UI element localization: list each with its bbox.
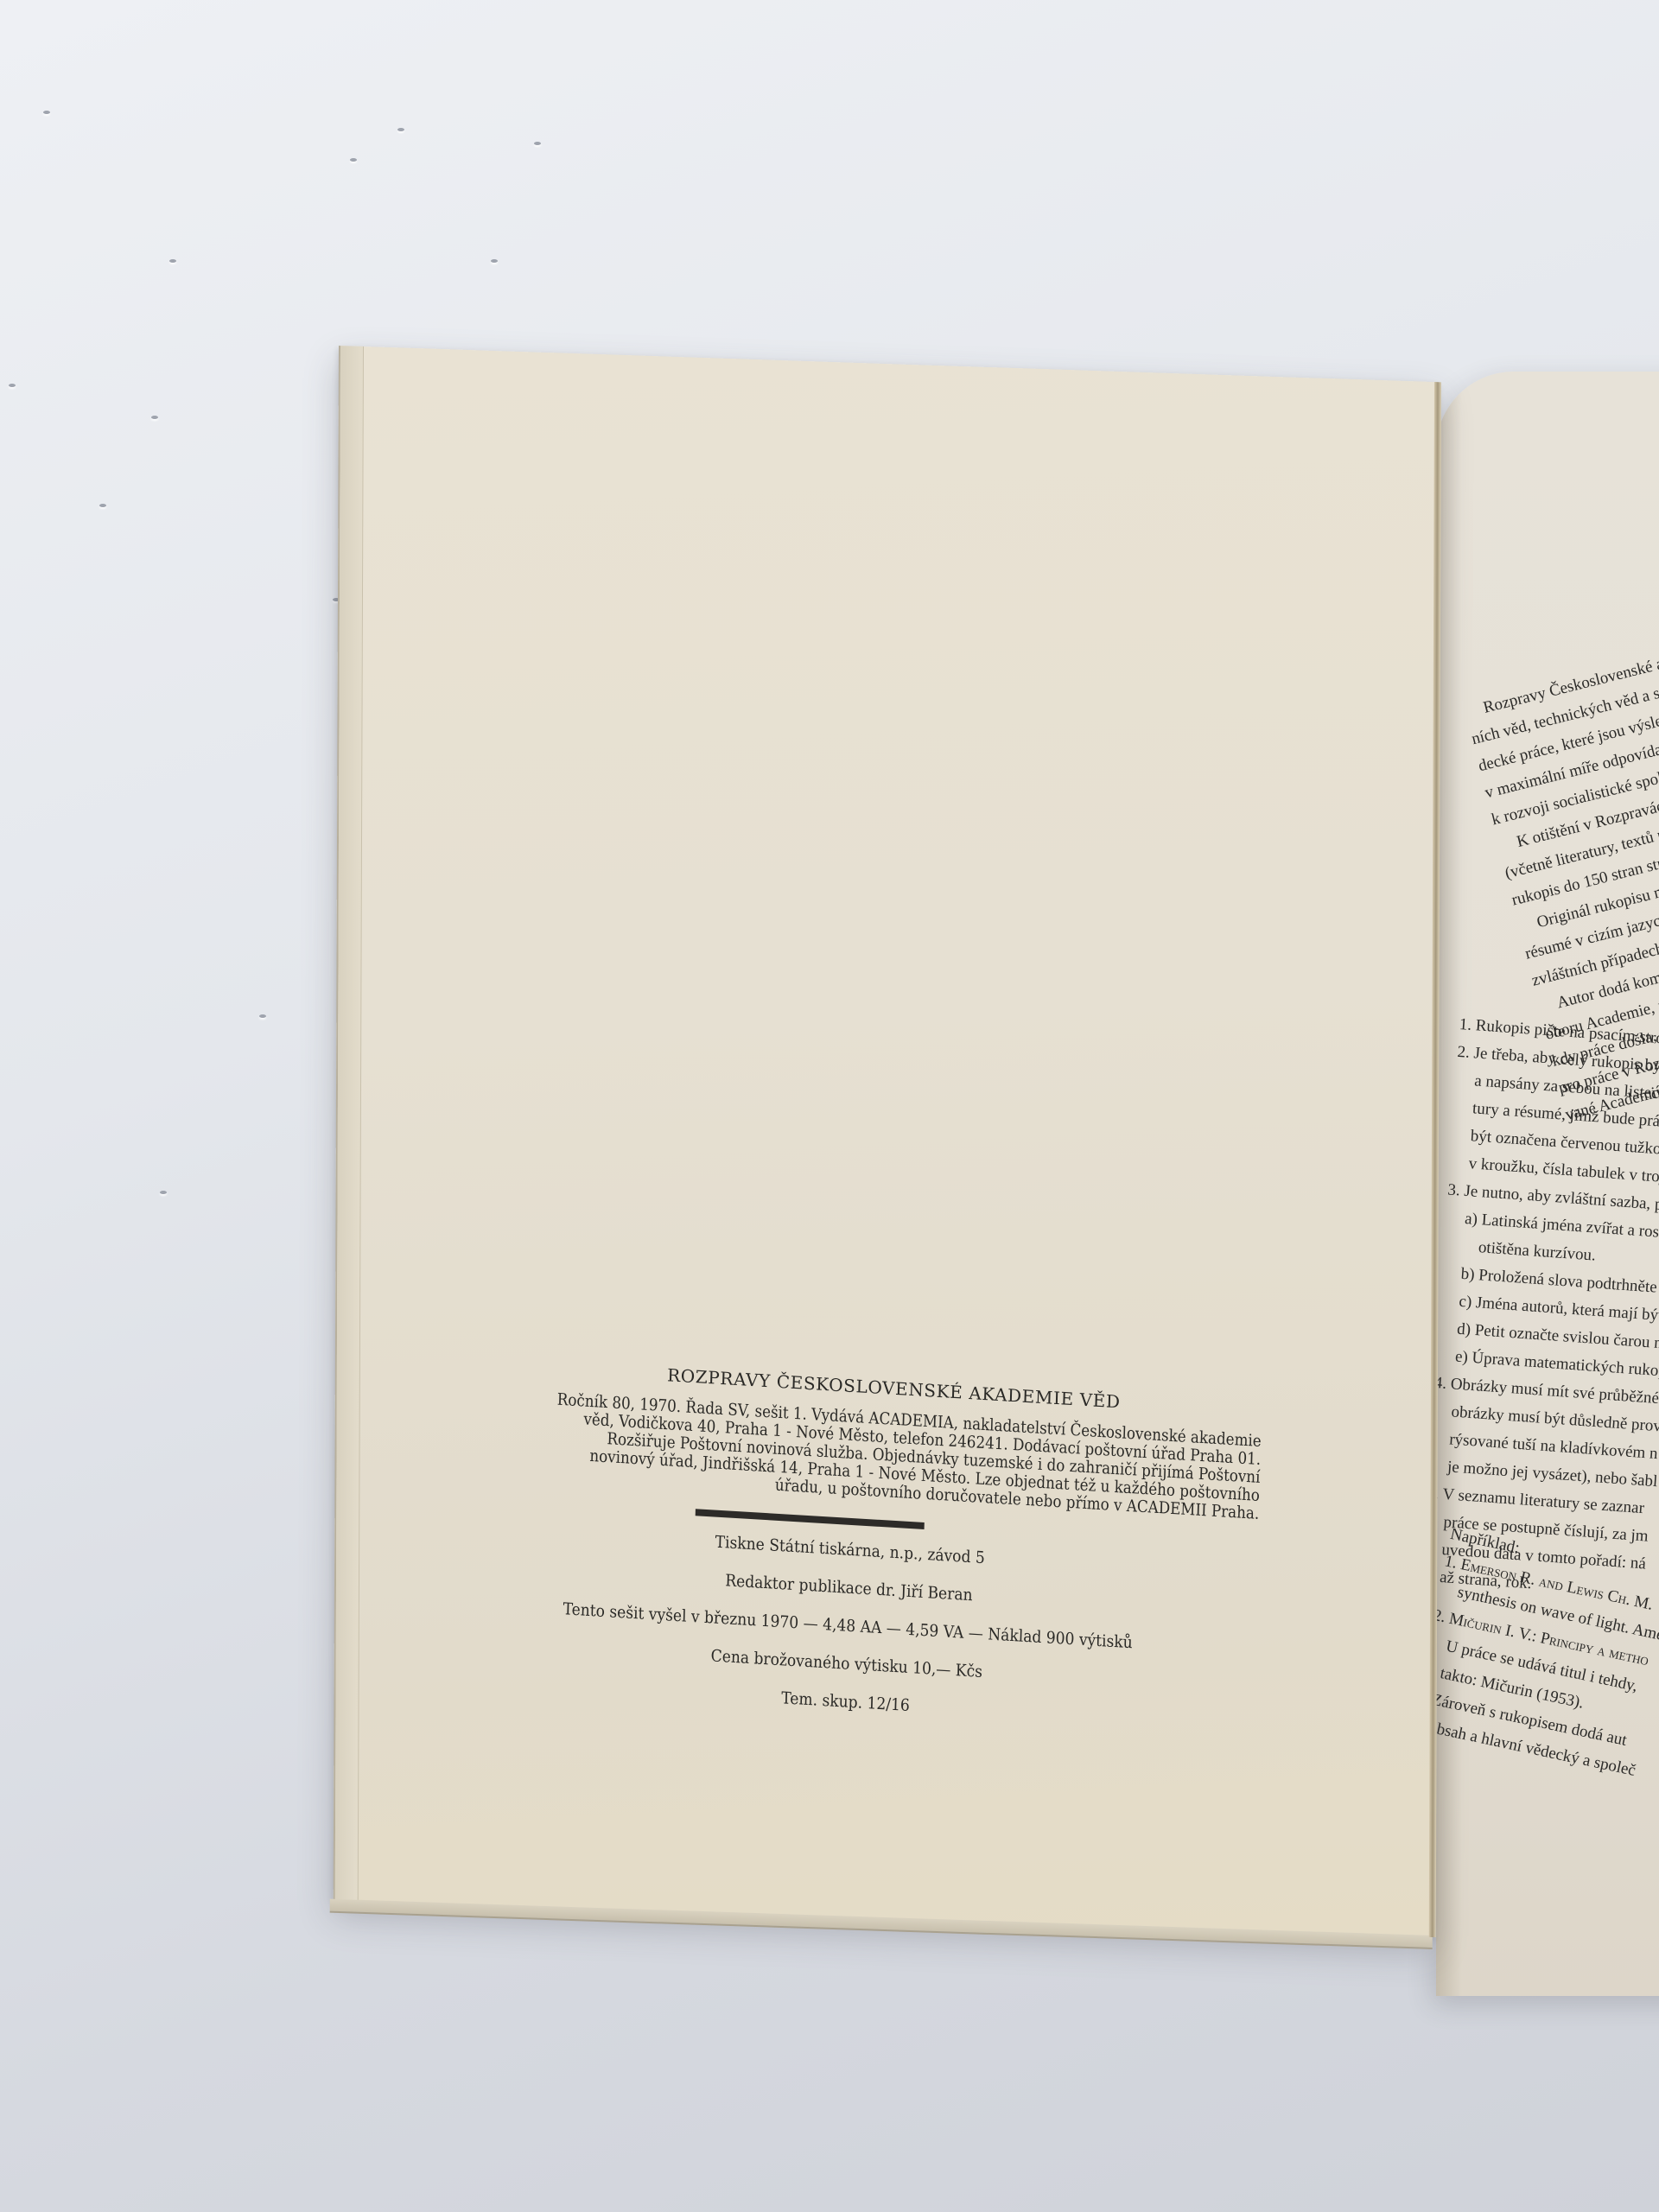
desk-speck bbox=[491, 259, 498, 263]
divider-rule bbox=[696, 1509, 925, 1529]
right-page-rules: 1. Rukopis pište na psacím stroji ob 2. … bbox=[1436, 1011, 1659, 1606]
desk-speck bbox=[9, 384, 16, 387]
desk-speck bbox=[99, 504, 106, 507]
desk-speck bbox=[534, 142, 541, 145]
desk-speck bbox=[259, 1014, 266, 1018]
right-page-references: Například: 1. Emerson R. and Lewis Ch. M… bbox=[1436, 1521, 1659, 1787]
colophon: ROZPRAVY ČESKOSLOVENSKÉ AKADEMIE VĚD Roč… bbox=[439, 1351, 1262, 1754]
desk-speck bbox=[43, 111, 50, 114]
page-edge-strip bbox=[335, 346, 364, 1902]
desk-speck bbox=[160, 1191, 167, 1194]
left-page: ROZPRAVY ČESKOSLOVENSKÉ AKADEMIE VĚD Roč… bbox=[334, 346, 1438, 1937]
desk-speck bbox=[350, 158, 357, 162]
desk-speck bbox=[397, 128, 404, 131]
right-page: A Rozpravy Československé akade ních věd… bbox=[1436, 372, 1659, 1996]
desk-speck bbox=[169, 259, 176, 263]
page-bottom-edge bbox=[330, 1899, 1433, 1949]
desk-speck bbox=[151, 416, 158, 419]
